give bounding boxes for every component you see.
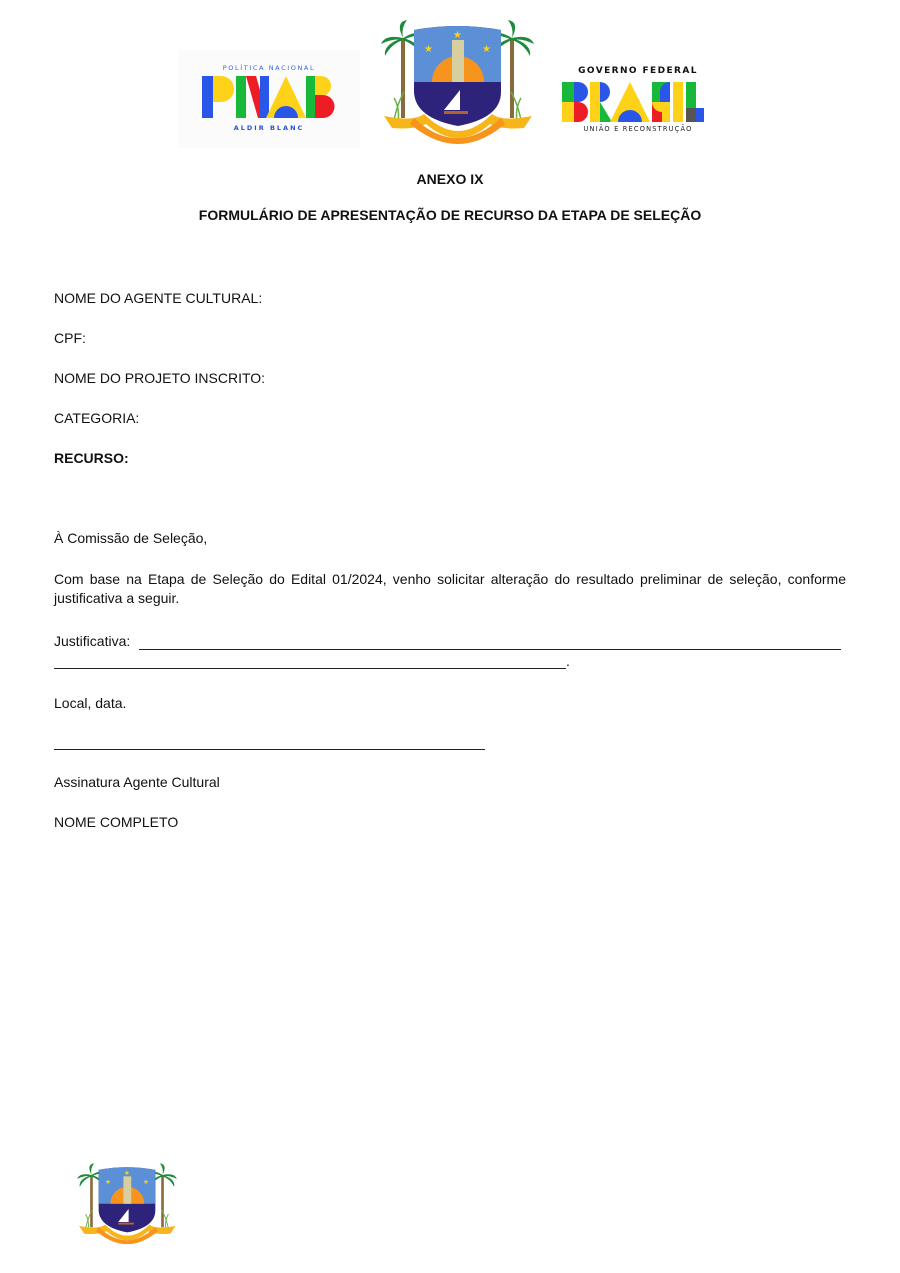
full-name-label: NOME COMPLETO bbox=[54, 814, 178, 830]
pnab-logo-bottom-text: ALDIR BLANC bbox=[178, 124, 360, 132]
svg-text:★: ★ bbox=[482, 44, 491, 55]
signature-line bbox=[54, 749, 485, 750]
justification-label: Justificativa: bbox=[54, 633, 130, 649]
field-project-name-label: NOME DO PROJETO INSCRITO: bbox=[54, 370, 265, 386]
form-title: FORMULÁRIO DE APRESENTAÇÃO DE RECURSO DA… bbox=[0, 207, 900, 223]
pnab-logo-top-text: POLÍTICA NACIONAL bbox=[178, 64, 360, 72]
footer-crest-logo: ★ ★ ★ bbox=[68, 1162, 186, 1250]
svg-text:★: ★ bbox=[124, 1169, 130, 1177]
svg-text:★: ★ bbox=[143, 1178, 149, 1186]
signature-label: Assinatura Agente Cultural bbox=[54, 774, 220, 790]
crest-icon: ★ ★ ★ bbox=[68, 1162, 186, 1250]
justification-line-1 bbox=[139, 649, 841, 650]
field-recurso-label: RECURSO: bbox=[54, 450, 129, 466]
document-page: POLÍTICA NACIONAL ALDIR BLANC bbox=[0, 0, 900, 1273]
crest-icon: ★ ★ ★ bbox=[380, 18, 535, 153]
municipal-crest-logo: ★ ★ ★ bbox=[380, 18, 535, 153]
gov-logo-bottom-text: UNIÃO E RECONSTRUÇÃO bbox=[558, 125, 718, 133]
governo-federal-logo: GOVERNO FEDERAL UNIÃO E R bbox=[558, 62, 718, 142]
svg-text:★: ★ bbox=[424, 44, 433, 55]
place-date-label: Local, data. bbox=[54, 695, 126, 711]
pnab-logo: POLÍTICA NACIONAL ALDIR BLANC bbox=[178, 50, 360, 148]
field-cpf-label: CPF: bbox=[54, 330, 86, 346]
field-agent-name-label: NOME DO AGENTE CULTURAL: bbox=[54, 290, 262, 306]
body-paragraph: Com base na Etapa de Seleção do Edital 0… bbox=[54, 570, 846, 608]
gov-logo-top-text: GOVERNO FEDERAL bbox=[558, 66, 718, 76]
justification-end: . bbox=[566, 653, 570, 669]
svg-text:★: ★ bbox=[453, 30, 462, 41]
pnab-mark-icon bbox=[202, 76, 336, 118]
brasil-mark-icon bbox=[562, 82, 714, 122]
annex-title: ANEXO IX bbox=[0, 171, 900, 187]
field-category-label: CATEGORIA: bbox=[54, 410, 139, 426]
svg-text:★: ★ bbox=[105, 1178, 111, 1186]
justification-line-2 bbox=[54, 668, 566, 669]
salutation: À Comissão de Seleção, bbox=[54, 530, 207, 546]
